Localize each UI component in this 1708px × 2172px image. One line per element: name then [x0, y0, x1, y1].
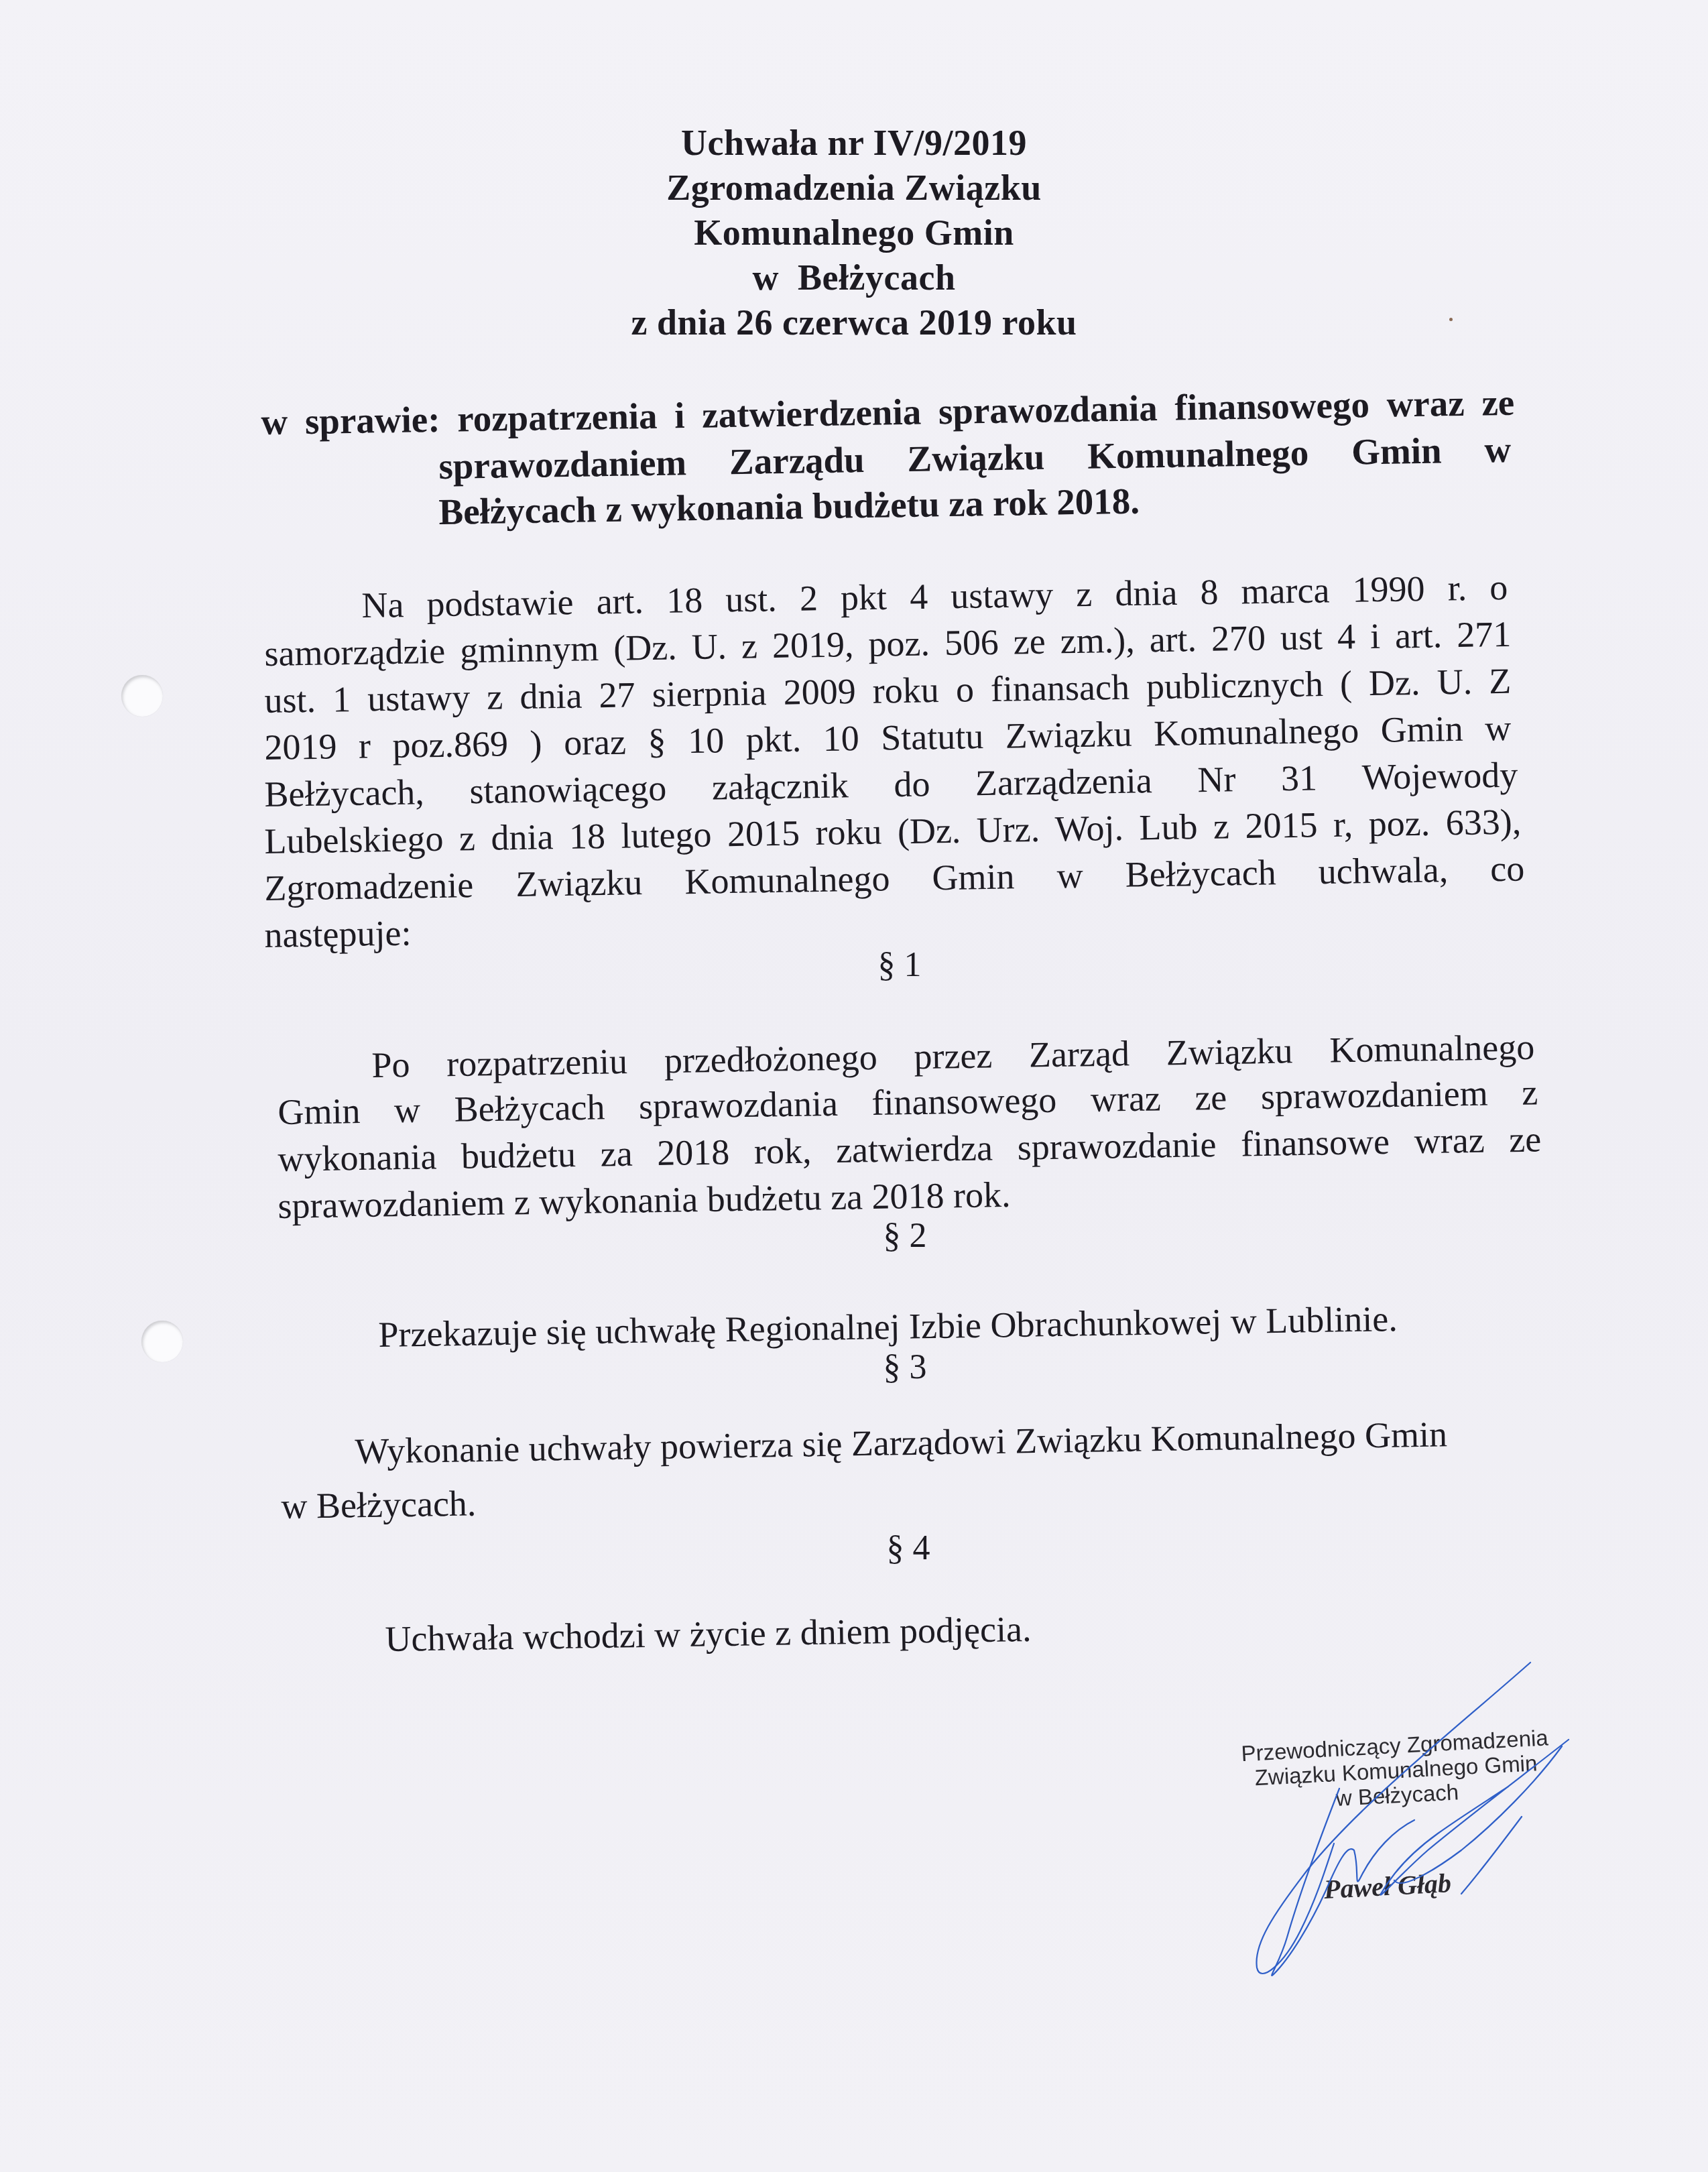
scanned-document-page: Uchwała nr IV/9/2019 Zgromadzenia Związk… — [0, 0, 1708, 2172]
section-mark-3: § 3 — [838, 1347, 972, 1387]
subject-line: Bełżycach z wykonania budżetu za rok 201… — [438, 481, 1140, 532]
punch-hole-top — [121, 675, 163, 717]
section-mark-1: § 1 — [833, 945, 967, 985]
section-mark-4: § 4 — [841, 1528, 975, 1568]
section-line: w Bełżycach. — [281, 1483, 477, 1526]
resolution-header: Uchwała nr IV/9/2019 Zgromadzenia Związk… — [0, 121, 1708, 345]
issuing-body-line-2: Komunalnego Gmin — [0, 210, 1708, 255]
resolution-date: z dnia 26 czerwca 2019 roku — [0, 300, 1708, 345]
punch-hole-bottom — [141, 1321, 183, 1362]
resolution-number: Uchwała nr IV/9/2019 — [0, 121, 1708, 166]
section-2-text: Przekazuje się uchwałę Regionalnej Izbie… — [378, 1299, 1398, 1355]
section-line: Wykonanie uchwały powierza się Zarządowi… — [355, 1414, 1447, 1471]
section-4-text: Uchwała wchodzi w życie z dniem podjęcia… — [385, 1609, 1032, 1659]
section-mark-2: § 2 — [838, 1216, 972, 1256]
issuing-body-line-1: Zgromadzenia Związku — [0, 166, 1708, 210]
issuing-body-location: w Bełżycach — [0, 255, 1708, 300]
handwritten-signature-icon — [1173, 1649, 1609, 1998]
preamble-line: następuje: — [264, 913, 412, 955]
